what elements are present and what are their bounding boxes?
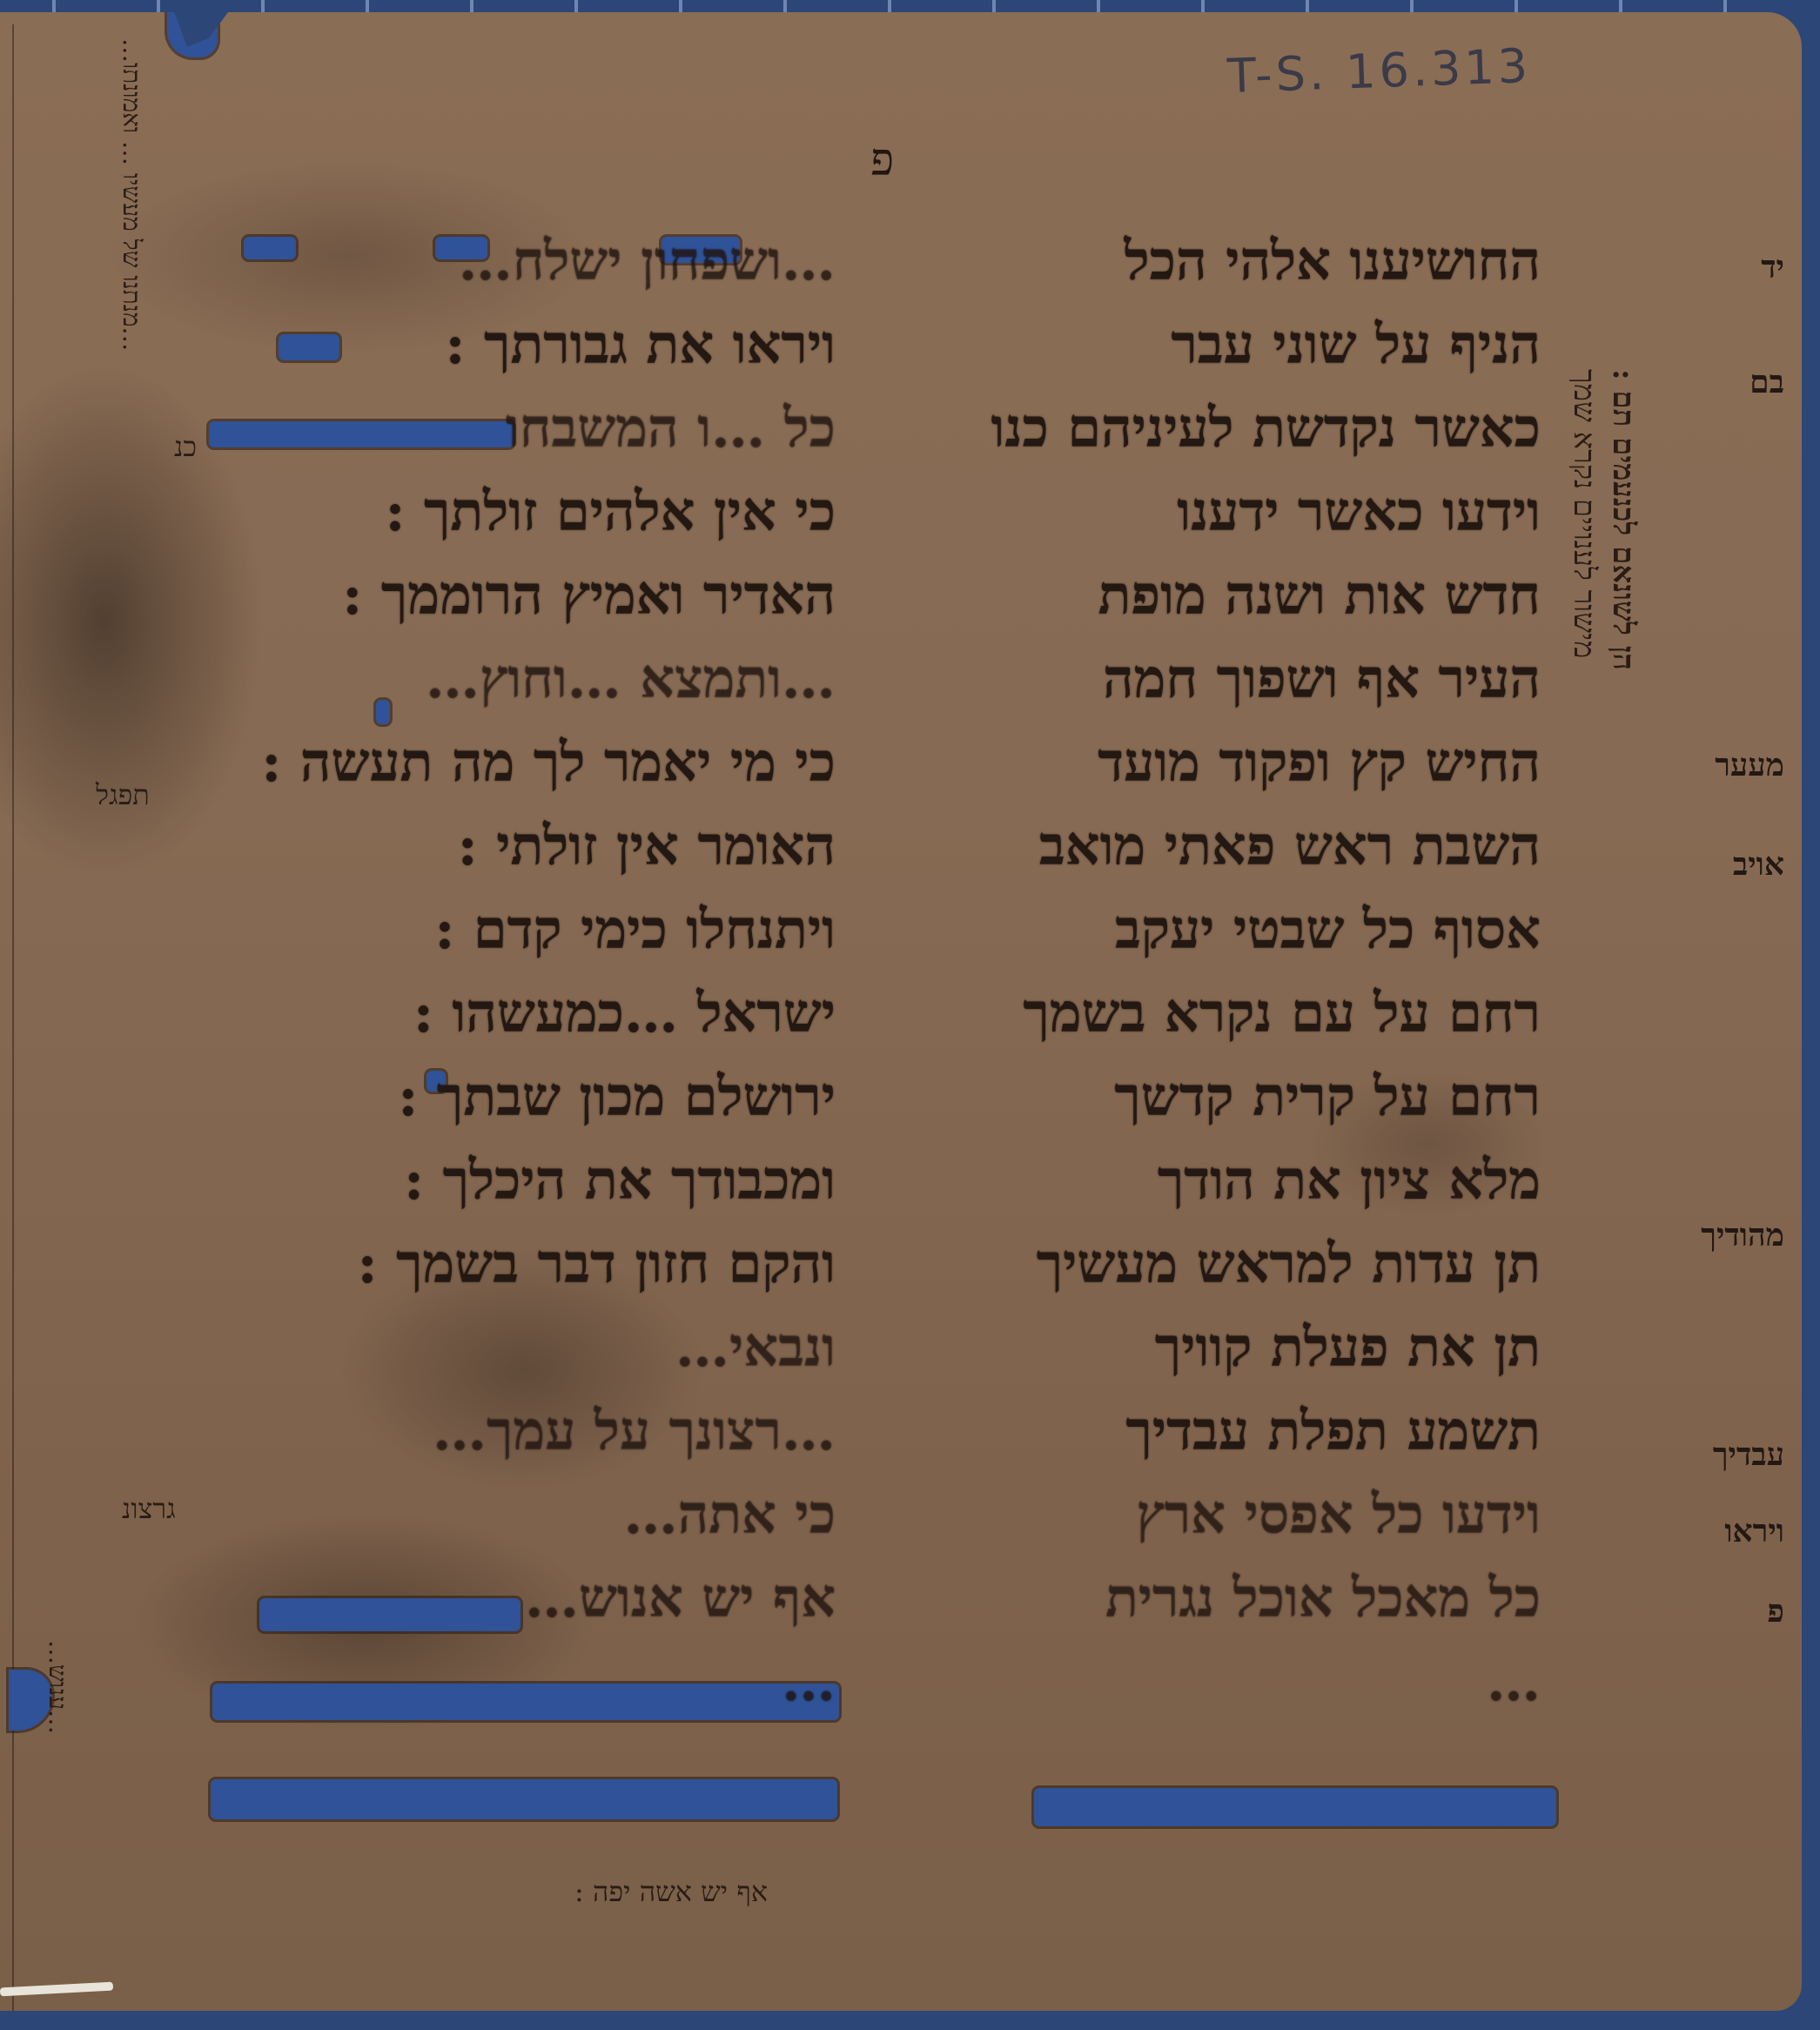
text-line: האדיר ואמיץ הרוממך : [157, 554, 836, 637]
text-line: …רצונך על עמך… [157, 1389, 836, 1473]
left-text-column: …ושפחון ישלח… ויראו את גבורתך : כל …ו המ… [157, 219, 836, 1724]
text-line: … [157, 1640, 836, 1724]
text-line: … [879, 1640, 1541, 1724]
text-line: וידעו כל אפסי ארץ [879, 1473, 1541, 1556]
margin-note: בם [1749, 364, 1784, 400]
text-line: תשמע תפלת עבדיך [879, 1389, 1541, 1473]
text-line: ירושלם מכון שבתך : [157, 1055, 836, 1139]
blue-backing-top-edge [0, 0, 1820, 14]
text-line: רחם על עם נקרא בשמך [879, 971, 1541, 1055]
text-line: ויראו את גבורתך : [157, 303, 836, 387]
margin-note: מהודיך [1701, 1217, 1784, 1254]
text-line: כאשר נקדשת לעיניהם כנו [879, 387, 1541, 470]
text-line: האומר אין זולתי : [157, 804, 836, 888]
vertical-margin-note: …מנתנו של מעשיו … ואמונתו… [118, 38, 146, 351]
shelfmark-label: T-S. 16.313 [1226, 38, 1532, 104]
text-line: ויתנחלו כימי קדם : [157, 888, 836, 971]
text-line: והקם חזון דבר בשמך : [157, 1222, 836, 1306]
margin-note: יד [1761, 249, 1784, 286]
text-line: אף יש אנוש… [157, 1556, 836, 1640]
margin-note: אויב [1733, 846, 1784, 883]
text-line: …ושפחון ישלח… [157, 219, 836, 303]
manuscript-leaf: T-S. 16.313 פ החושיענו אלהי הכל הניף על … [0, 12, 1802, 2011]
text-line: אסוף כל שבטי יעקב [879, 888, 1541, 971]
text-line: תן עדות למראש מעשיך [879, 1222, 1541, 1306]
vertical-margin-note: הן לשונאם לכנעמים תם : [1606, 369, 1641, 670]
lacuna [211, 1779, 837, 1819]
text-line: חדש אות ושנה מופת [879, 554, 1541, 637]
text-line: ונבאי… [157, 1306, 836, 1389]
text-line: וידעו כאשר ידענו [879, 470, 1541, 554]
text-line: ומכבודך את היכלך : [157, 1139, 836, 1222]
folio-mark: פ [870, 134, 894, 186]
text-line: תן את פעלת קוויך [879, 1306, 1541, 1389]
text-line: השבת ראש פאתי מואב [879, 804, 1541, 888]
inline-margin-note: תפגל [96, 778, 150, 811]
inline-margin-note: גרצונ [122, 1492, 176, 1525]
right-text-column: החושיענו אלהי הכל הניף על שוני עבר כאשר … [879, 219, 1541, 1724]
lacuna [1034, 1788, 1556, 1826]
text-line: כל …ו המשבחו [157, 387, 836, 470]
margin-note: עבדיך [1713, 1436, 1784, 1473]
vertical-margin-note: מישור לענויים נקרא שמך [1567, 369, 1602, 658]
text-line: רחם על קרית קדשך [879, 1055, 1541, 1139]
margin-note: ויראו [1724, 1513, 1784, 1549]
text-line: מלא ציון את הודך [879, 1139, 1541, 1222]
text-line: הניף על שוני עבר [879, 303, 1541, 387]
vertical-margin-note: …ענוש… [44, 1640, 72, 1734]
text-line: החיש קץ ופקוד מועד [879, 721, 1541, 804]
text-line: ישראל …כמעשהו : [157, 971, 836, 1055]
text-line: כי אתה… [157, 1473, 836, 1556]
text-line: העיר אף ושפוך חמה [879, 637, 1541, 721]
margin-note: פ [1767, 1593, 1784, 1630]
lacuna [167, 12, 218, 57]
bottom-catchword: אף יש אשה יפה : [574, 1875, 768, 1908]
inline-margin-note: כנ [174, 430, 197, 463]
text-line: כי מי יאמר לך מה תעשה : [157, 721, 836, 804]
text-line: כל מאכל אוכל נגרית [879, 1556, 1541, 1640]
margin-note: מעער [1715, 747, 1784, 783]
text-line: החושיענו אלהי הכל [879, 219, 1541, 303]
text-line: …ותמצא …וחוץ… [157, 637, 836, 721]
text-line: כי אין אלהים זולתך : [157, 470, 836, 554]
